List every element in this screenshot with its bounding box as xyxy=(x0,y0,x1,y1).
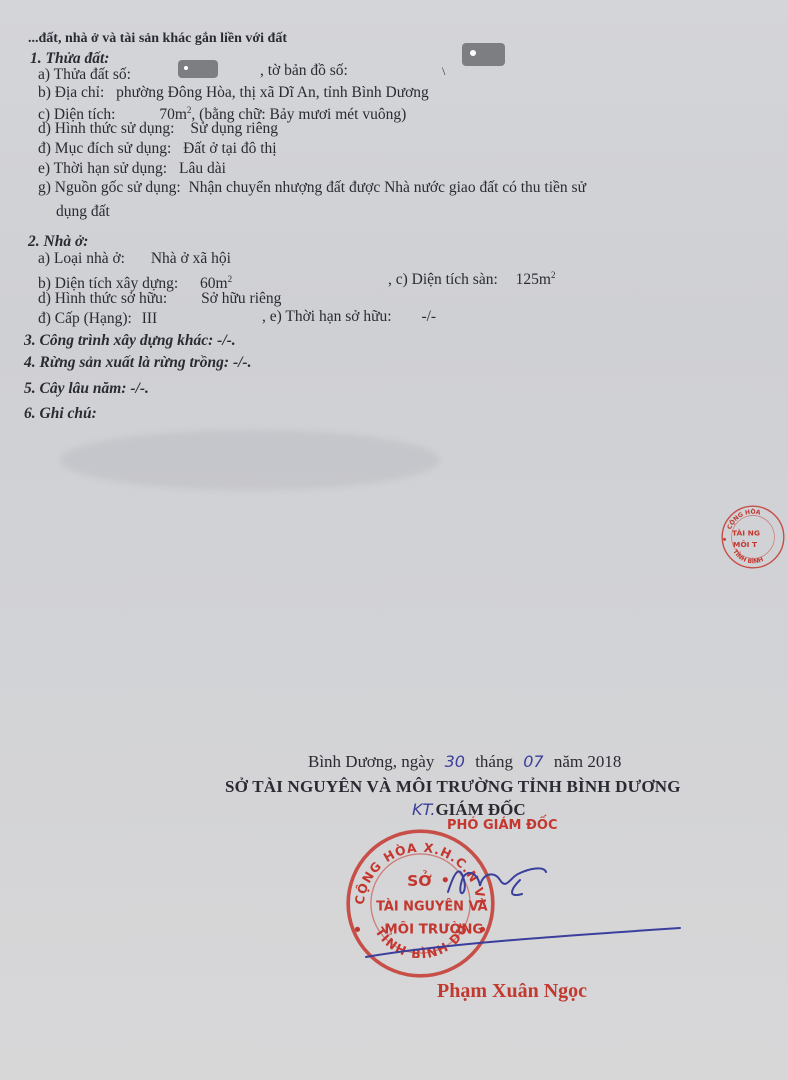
house-type-label: a) Loại nhà ở: xyxy=(38,250,125,267)
usage-term-value: Lâu dài xyxy=(179,160,226,177)
floor-area-row: , c) Diện tích sàn: 125m2 xyxy=(388,266,555,289)
svg-text:MÔI T: MÔI T xyxy=(733,540,758,549)
date-day: 30 xyxy=(445,752,465,771)
usage-form-value: Sử dụng riêng xyxy=(190,120,278,137)
floor-area-value: 125m xyxy=(516,271,551,288)
ownership-term-label: , e) Thời hạn sở hữu: xyxy=(262,308,392,325)
svg-text:CỘNG HÒA: CỘNG HÒA xyxy=(726,507,761,531)
address-label: b) Địa chỉ: xyxy=(38,84,104,101)
section-3-other-constructions: 3. Công trình xây dựng khác: -/-. xyxy=(24,332,236,350)
usage-term-label: e) Thời hạn sử dụng: xyxy=(38,160,167,177)
smudge xyxy=(60,430,440,490)
usage-purpose-label: đ) Mục đích sử dụng: xyxy=(38,140,171,157)
grade-label: đ) Cấp (Hạng): xyxy=(38,310,132,327)
floor-area-label: , c) Diện tích sàn: xyxy=(388,271,498,288)
ownership-form-value: Sở hữu riêng xyxy=(201,290,281,307)
address-value: phường Đông Hòa, thị xã Dĩ An, tỉnh Bình… xyxy=(116,84,429,101)
signer-title: GIÁM ĐỐC xyxy=(435,800,525,819)
address-row: b) Địa chỉ: phường Đông Hòa, thị xã Dĩ A… xyxy=(38,84,429,102)
official-stamp-edge: CỘNG HÒA TỈNH BÌNH TÀI NG MÔI T xyxy=(718,462,788,612)
usage-form-row: d) Hình thức sử dụng: Sử dụng riêng xyxy=(38,120,278,138)
usage-origin-label: g) Nguồn gốc sử dụng: xyxy=(38,179,181,196)
date-prefix: Bình Dương, ngày xyxy=(308,752,434,771)
issuing-organization: SỞ TÀI NGUYÊN VÀ MÔI TRƯỜNG TỈNH BÌNH DƯ… xyxy=(225,777,681,797)
usage-term-row: e) Thời hạn sử dụng: Lâu dài xyxy=(38,160,226,178)
house-type-value: Nhà ở xã hội xyxy=(151,250,231,267)
kt-handwritten: KT. xyxy=(412,800,435,819)
house-type-row: a) Loại nhà ở: Nhà ở xã hội xyxy=(38,250,231,268)
construction-area-sup: 2 xyxy=(228,274,233,284)
grade-value: III xyxy=(142,310,158,327)
section-4-planted-forest: 4. Rừng sản xuất là rừng trồng: -/-. xyxy=(24,354,251,372)
usage-form-label: d) Hình thức sử dụng: xyxy=(38,120,175,137)
ownership-form-row: d) Hình thức sở hữu: Sở hữu riêng xyxy=(38,290,281,308)
ownership-form-label: d) Hình thức sở hữu: xyxy=(38,290,167,307)
section-2-title: 2. Nhà ở: xyxy=(28,233,88,251)
land-parcel-number-label: a) Thửa đất số: xyxy=(38,66,131,84)
floor-area-sup: 2 xyxy=(551,270,556,280)
map-sheet-label: , tờ bản đồ số: xyxy=(260,62,348,80)
redacted-parcel-number xyxy=(178,60,218,78)
svg-text:TÀI NG: TÀI NG xyxy=(732,529,760,538)
signer-title-line: KT.GIÁM ĐỐC xyxy=(412,800,526,820)
date-month: 07 xyxy=(523,752,543,771)
redacted-map-sheet-number xyxy=(462,43,505,66)
document-header: ...đất, nhà ở và tài sản khác gắn liền v… xyxy=(28,30,287,48)
grade-row: đ) Cấp (Hạng): III xyxy=(38,310,157,328)
bracket-mark: \ xyxy=(442,62,445,80)
handwritten-signature xyxy=(360,850,690,960)
ownership-term-row: , e) Thời hạn sở hữu: -/- xyxy=(262,308,436,326)
usage-origin-row: g) Nguồn gốc sử dụng: Nhận chuyển nhượng… xyxy=(38,179,586,197)
land-certificate-page: ...đất, nhà ở và tài sản khác gắn liền v… xyxy=(0,0,788,1080)
month-label: tháng xyxy=(475,752,513,771)
ownership-term-value: -/- xyxy=(421,308,436,325)
signer-name: Phạm Xuân Ngọc xyxy=(437,980,587,1003)
usage-origin-value: Nhận chuyển nhượng đất được Nhà nước gia… xyxy=(189,179,586,196)
date-line: Bình Dương, ngày 30 tháng 07 năm 2018 xyxy=(308,752,621,772)
section-5-perennial-trees: 5. Cây lâu năm: -/-. xyxy=(24,380,149,398)
year-label: năm 2018 xyxy=(554,752,622,771)
usage-purpose-row: đ) Mục đích sử dụng: Đất ở tại đô thị xyxy=(38,140,277,158)
usage-purpose-value: Đất ở tại đô thị xyxy=(183,140,276,157)
usage-origin-value-cont: dụng đất xyxy=(56,203,110,221)
section-6-notes: 6. Ghi chú: xyxy=(24,405,97,423)
